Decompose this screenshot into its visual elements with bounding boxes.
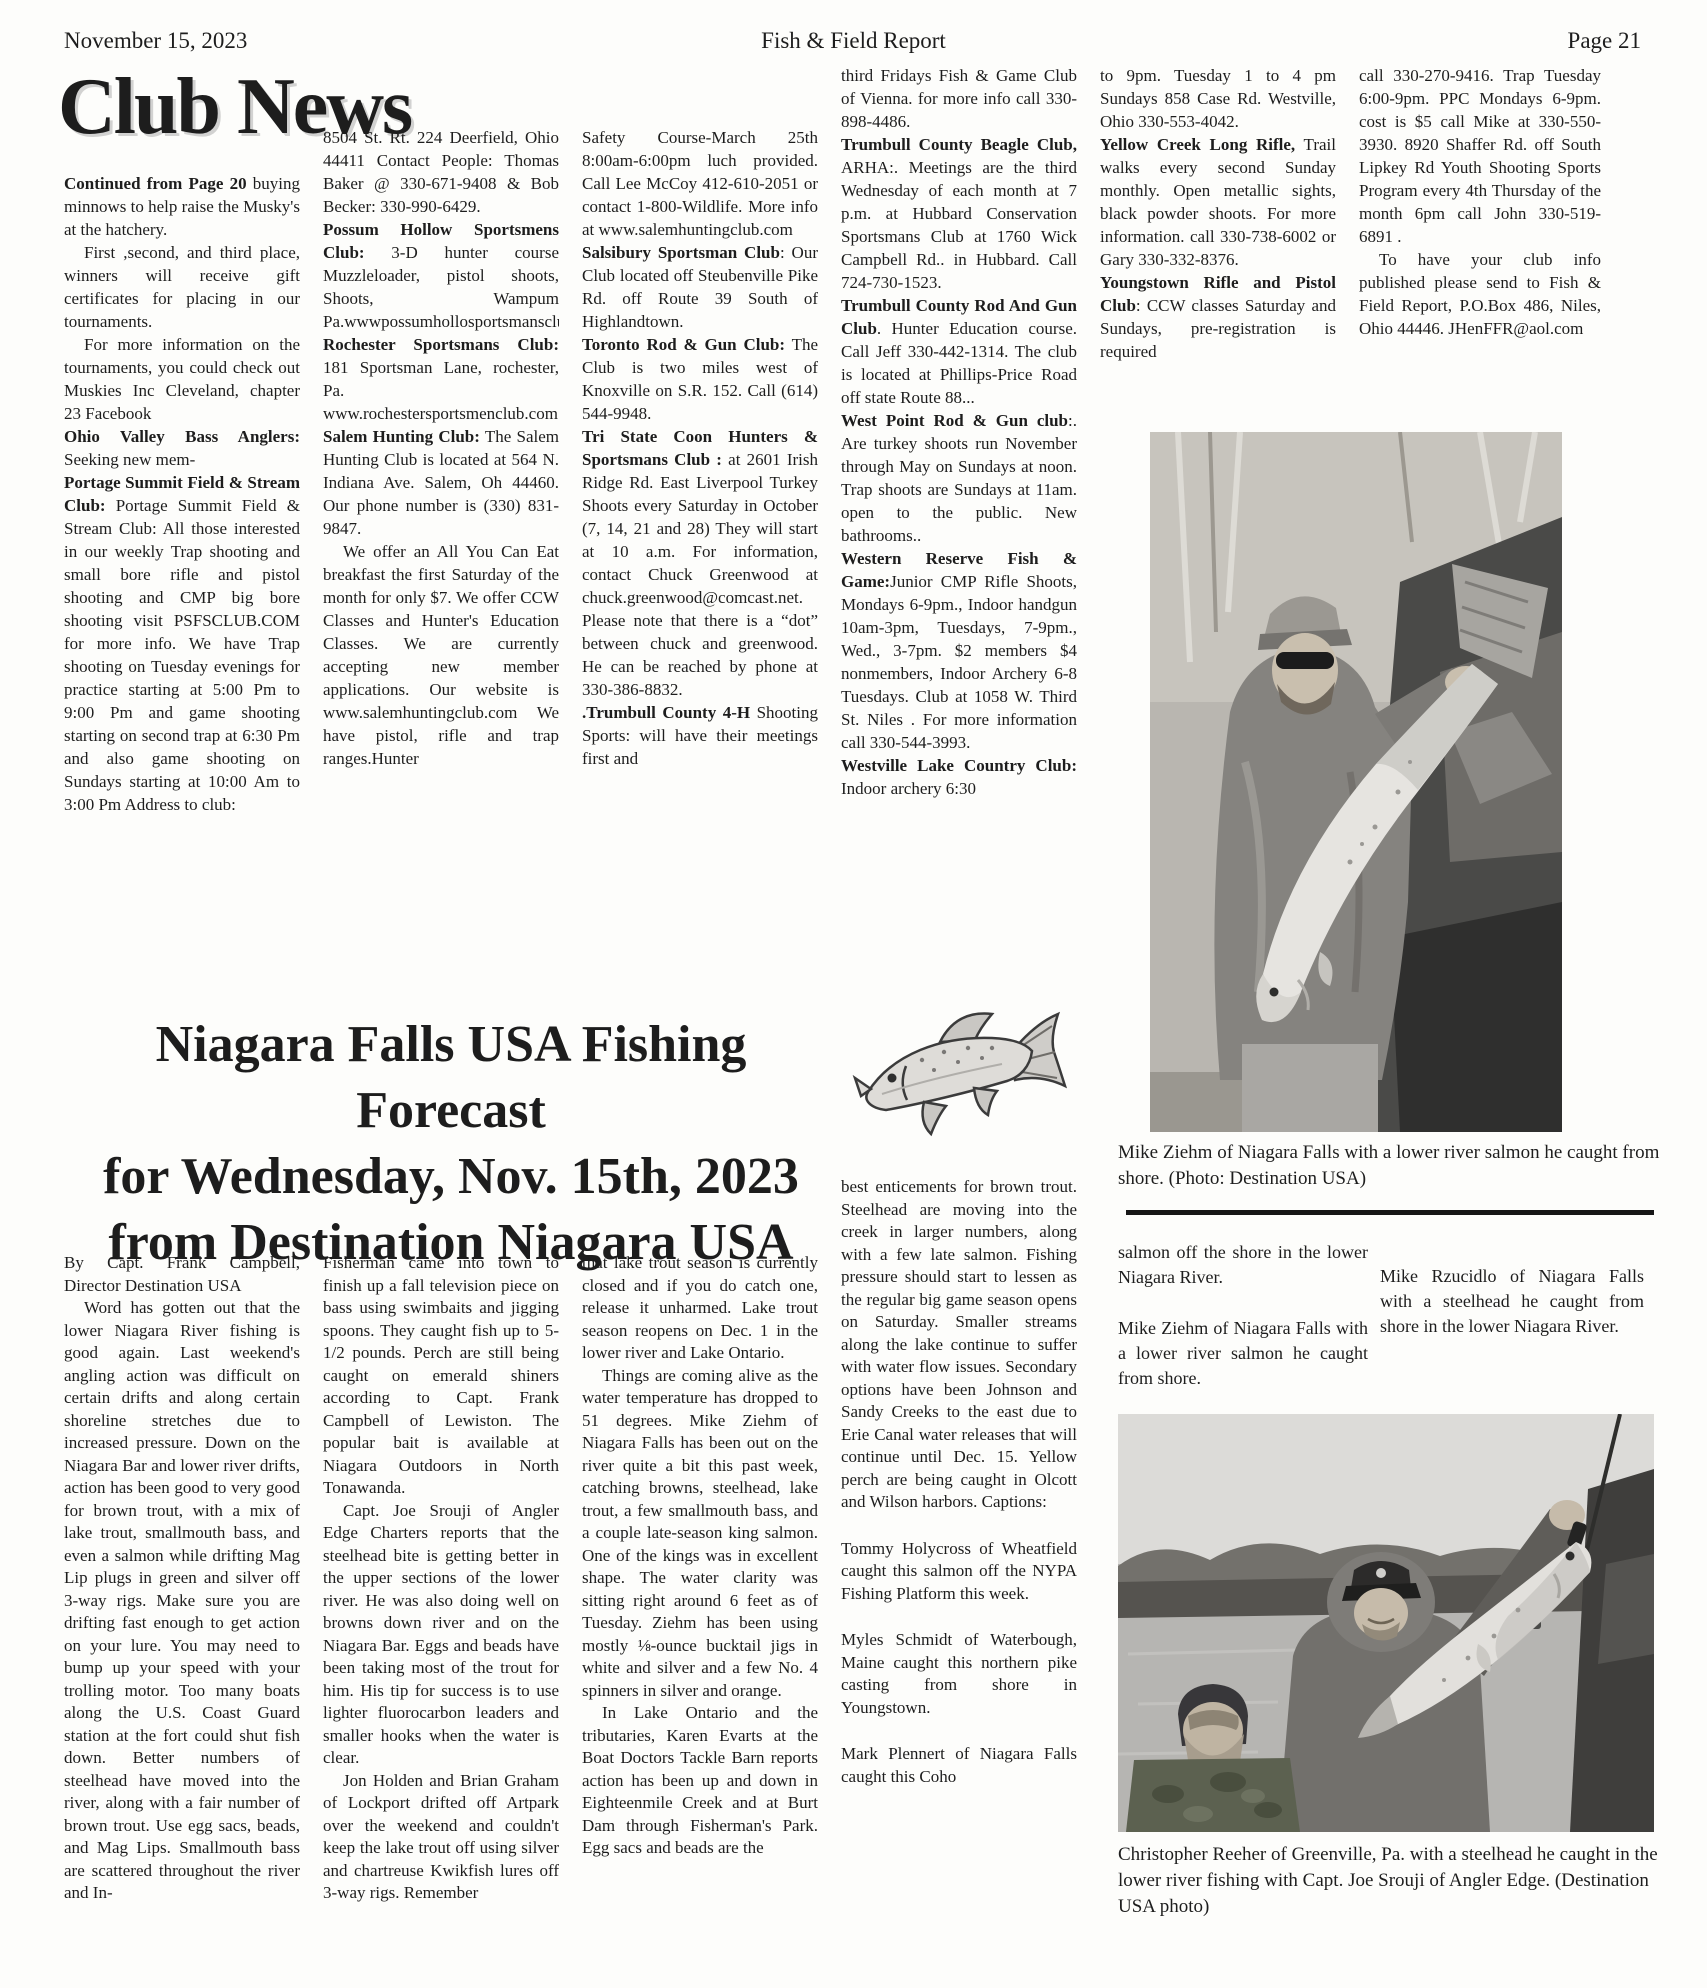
forecast-headline: Niagara Falls USA Fishing Forecast for W… [64, 1012, 838, 1276]
photo1-caption: Mike Ziehm of Niagara Falls with a lower… [1118, 1140, 1670, 1192]
forecast-column-3: that lake trout season is currently clos… [582, 1252, 818, 1984]
newspaper-page: November 15, 2023 Fish & Field Report Pa… [0, 0, 1707, 1988]
forecast-column-1: By Capt. Frank Campbell, Director Destin… [64, 1252, 300, 1984]
leaping-fish-illustration [852, 994, 1070, 1164]
club-news-column-6: call 330-270-9416. Trap Tuesday 6:00-9pm… [1359, 64, 1601, 456]
club-news-column-3: Safety Course-March 25th 8:00am-6:00pm l… [582, 126, 818, 1014]
club-news-column-2: 8504 St. Rt. 224 Deerfield, Ohio 44411 C… [323, 126, 559, 1014]
fish-clipart-icon [852, 994, 1070, 1164]
page-number: Page 21 [1568, 28, 1641, 54]
forecast-column-4: best enticements for brown trout. Steelh… [841, 1176, 1077, 1984]
forecast-column-2: Fisherman came into town to finish up a … [323, 1252, 559, 1984]
salmon-shore-photo-illustration [1150, 432, 1562, 1132]
masthead-title: Fish & Field Report [0, 28, 1707, 54]
club-news-column-1: Continued from Page 20 buying minnows to… [64, 172, 300, 1014]
photo2-caption: Christopher Reeher of Greenville, Pa. wi… [1118, 1842, 1678, 1920]
photo-man-with-salmon [1150, 432, 1562, 1132]
section-divider-rule [1126, 1210, 1654, 1215]
photo-boat-steelhead [1118, 1414, 1654, 1832]
boat-steelhead-photo-illustration [1118, 1414, 1654, 1832]
club-news-column-4: third Fridays Fish & Game Club of Vienna… [841, 64, 1077, 1014]
forecast-headline-line2: for Wednesday, Nov. 15th, 2023 [64, 1144, 838, 1210]
note-column-left: salmon off the shore in the lower Niagar… [1118, 1240, 1368, 1391]
note-column-right: Mike Rzucidlo of Niagara Falls with a st… [1380, 1264, 1644, 1339]
forecast-headline-line1: Niagara Falls USA Fishing Forecast [64, 1012, 838, 1144]
club-news-column-5: to 9pm. Tuesday 1 to 4 pm Sundays 858 Ca… [1100, 64, 1336, 430]
